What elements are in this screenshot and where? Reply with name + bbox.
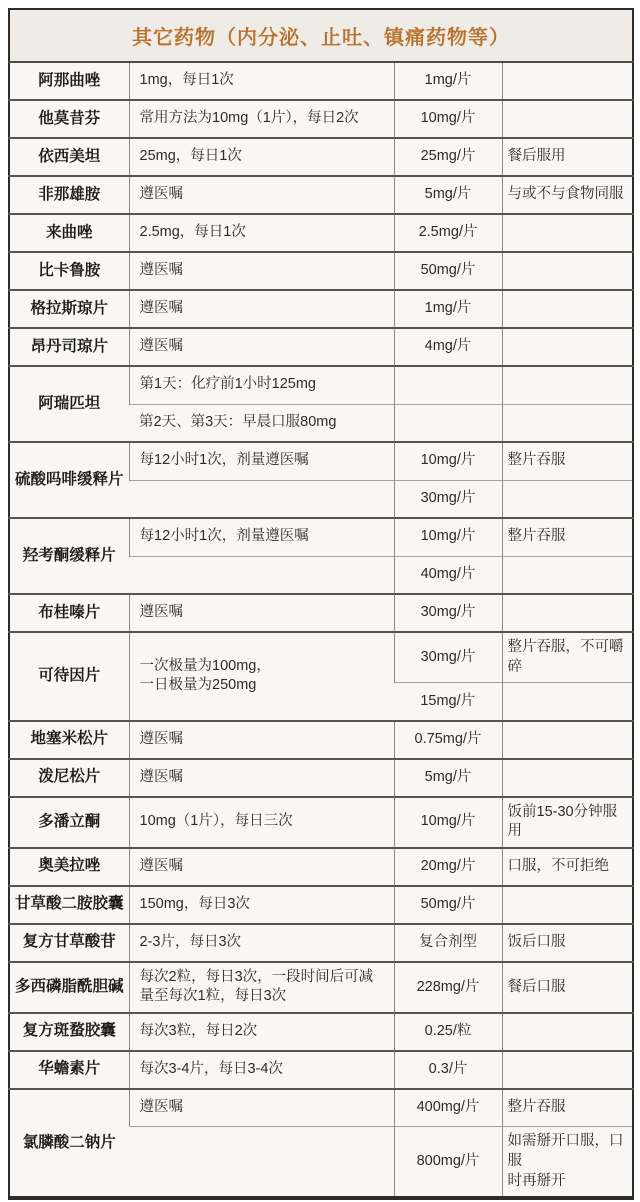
note-cell [502,721,633,759]
note-cell [502,759,633,797]
usage-cell: 10mg（1片），每日三次 [129,797,394,848]
spec-cell: 5mg/片 [394,759,502,797]
table-row: 可待因片一次极量为100mg， 一日极量为250mg30mg/片整片吞服，不可嚼… [9,632,633,683]
spec-cell: 10mg/片 [394,797,502,848]
drug-name-cell: 泼尼松片 [9,759,129,797]
spec-cell: 15mg/片 [394,683,502,721]
table-row: 奥美拉唑遵医嘱20mg/片口服，不可拒绝 [9,848,633,886]
usage-cell: 每12小时1次，剂量遵医嘱 [129,442,394,480]
spec-cell: 40mg/片 [394,556,502,594]
table-row: 羟考酮缓释片每12小时1次，剂量遵医嘱10mg/片整片吞服 [9,518,633,556]
note-cell [502,1051,633,1089]
usage-cell [129,480,394,518]
usage-cell: 每次3粒，每日2次 [129,1013,394,1051]
note-cell [502,683,633,721]
note-cell [502,328,633,366]
drug-name-cell: 阿瑞匹坦 [9,366,129,442]
table-row: 比卡鲁胺遵医嘱50mg/片 [9,252,633,290]
page: 其它药物（内分泌、止吐、镇痛药物等） 阿那曲唑1mg，每日1次1mg/片他莫昔芬… [0,0,640,1202]
usage-cell: 遵医嘱 [129,1089,394,1127]
table-row: 他莫昔芬常用方法为10mg（1片），每日2次10mg/片 [9,100,633,138]
drug-table: 其它药物（内分泌、止吐、镇痛药物等） 阿那曲唑1mg，每日1次1mg/片他莫昔芬… [8,8,634,1200]
usage-cell: 每12小时1次，剂量遵医嘱 [129,518,394,556]
usage-cell: 第2天、第3天：早晨口服80mg [129,404,394,442]
drug-name-cell: 氯膦酸二钠片 [9,1089,129,1198]
drug-name-cell: 复方甘草酸苷 [9,924,129,962]
spec-cell: 1mg/片 [394,62,502,100]
usage-cell: 常用方法为10mg（1片），每日2次 [129,100,394,138]
table-row: 阿瑞匹坦第1天：化疗前1小时125mg [9,366,633,404]
spec-cell: 10mg/片 [394,518,502,556]
note-cell [502,594,633,632]
note-cell: 如需掰开口服，口服 时再掰开 [502,1127,633,1198]
note-cell: 整片吞服，不可嚼碎 [502,632,633,683]
usage-cell: 一次极量为100mg， 一日极量为250mg [129,632,394,721]
spec-cell: 30mg/片 [394,480,502,518]
usage-cell: 每次3-4片，每日3-4次 [129,1051,394,1089]
spec-cell: 0.25/粒 [394,1013,502,1051]
table-row: 非那雄胺遵医嘱5mg/片与或不与食物同服 [9,176,633,214]
title-row: 其它药物（内分泌、止吐、镇痛药物等） [9,9,633,62]
drug-name-cell: 多西磷脂酰胆碱 [9,962,129,1013]
spec-cell: 30mg/片 [394,594,502,632]
usage-cell: 150mg，每日3次 [129,886,394,924]
note-cell [502,480,633,518]
drug-name-cell: 比卡鲁胺 [9,252,129,290]
drug-name-cell: 羟考酮缓释片 [9,518,129,594]
note-cell: 餐后服用 [502,138,633,176]
drug-name-cell: 非那雄胺 [9,176,129,214]
drug-name-cell: 复方斑蝥胶囊 [9,1013,129,1051]
table-row: 华蟾素片每次3-4片，每日3-4次0.3/片 [9,1051,633,1089]
spec-cell: 800mg/片 [394,1127,502,1198]
usage-cell: 1mg，每日1次 [129,62,394,100]
spec-cell: 5mg/片 [394,176,502,214]
note-cell [502,252,633,290]
table-row: 布桂嗪片遵医嘱30mg/片 [9,594,633,632]
table-row: 泼尼松片遵医嘱5mg/片 [9,759,633,797]
drug-name-cell: 阿那曲唑 [9,62,129,100]
spec-cell: 1mg/片 [394,290,502,328]
drug-table-body: 阿那曲唑1mg，每日1次1mg/片他莫昔芬常用方法为10mg（1片），每日2次1… [9,62,633,1198]
note-cell: 餐后口服 [502,962,633,1013]
spec-cell: 25mg/片 [394,138,502,176]
drug-name-cell: 来曲唑 [9,214,129,252]
usage-cell: 2-3片，每日3次 [129,924,394,962]
spec-cell: 0.75mg/片 [394,721,502,759]
usage-cell: 遵医嘱 [129,290,394,328]
table-row: 昂丹司琼片遵医嘱4mg/片 [9,328,633,366]
usage-cell [129,1127,394,1198]
drug-name-cell: 可待因片 [9,632,129,721]
spec-cell: 400mg/片 [394,1089,502,1127]
usage-cell: 遵医嘱 [129,848,394,886]
spec-cell [394,404,502,442]
drug-name-cell: 华蟾素片 [9,1051,129,1089]
spec-cell: 50mg/片 [394,886,502,924]
usage-cell: 遵医嘱 [129,328,394,366]
usage-cell: 遵医嘱 [129,594,394,632]
usage-cell: 遵医嘱 [129,759,394,797]
drug-name-cell: 依西美坦 [9,138,129,176]
table-row: 氯膦酸二钠片遵医嘱400mg/片整片吞服 [9,1089,633,1127]
usage-cell [129,556,394,594]
drug-name-cell: 布桂嗪片 [9,594,129,632]
note-cell [502,100,633,138]
note-cell: 饭前15-30分钟服用 [502,797,633,848]
spec-cell: 10mg/片 [394,442,502,480]
note-cell [502,214,633,252]
table-row: 复方斑蝥胶囊每次3粒，每日2次0.25/粒 [9,1013,633,1051]
drug-name-cell: 昂丹司琼片 [9,328,129,366]
spec-cell: 20mg/片 [394,848,502,886]
drug-name-cell: 硫酸吗啡缓释片 [9,442,129,518]
table-row: 硫酸吗啡缓释片每12小时1次，剂量遵医嘱10mg/片整片吞服 [9,442,633,480]
table-row: 依西美坦25mg，每日1次25mg/片餐后服用 [9,138,633,176]
spec-cell: 10mg/片 [394,100,502,138]
table-row: 格拉斯琼片遵医嘱1mg/片 [9,290,633,328]
note-cell [502,366,633,404]
usage-cell: 遵医嘱 [129,252,394,290]
spec-cell: 4mg/片 [394,328,502,366]
table-row: 多潘立酮10mg（1片），每日三次10mg/片饭前15-30分钟服用 [9,797,633,848]
table-row: 复方甘草酸苷2-3片，每日3次复合剂型饭后口服 [9,924,633,962]
note-cell: 整片吞服 [502,1089,633,1127]
spec-cell: 0.3/片 [394,1051,502,1089]
note-cell [502,404,633,442]
usage-cell: 遵医嘱 [129,721,394,759]
usage-cell: 每次2粒，每日3次，一段时间后可减量至每次1粒，每日3次 [129,962,394,1013]
note-cell [502,62,633,100]
table-row: 地塞米松片遵医嘱0.75mg/片 [9,721,633,759]
drug-name-cell: 他莫昔芬 [9,100,129,138]
note-cell: 整片吞服 [502,442,633,480]
spec-cell: 50mg/片 [394,252,502,290]
spec-cell: 2.5mg/片 [394,214,502,252]
table-row: 阿那曲唑1mg，每日1次1mg/片 [9,62,633,100]
table-title: 其它药物（内分泌、止吐、镇痛药物等） [9,9,633,62]
drug-name-cell: 地塞米松片 [9,721,129,759]
note-cell: 整片吞服 [502,518,633,556]
note-cell [502,290,633,328]
note-cell [502,886,633,924]
note-cell: 饭后口服 [502,924,633,962]
spec-cell [394,366,502,404]
spec-cell: 228mg/片 [394,962,502,1013]
note-cell [502,556,633,594]
drug-name-cell: 格拉斯琼片 [9,290,129,328]
drug-name-cell: 多潘立酮 [9,797,129,848]
drug-name-cell: 奥美拉唑 [9,848,129,886]
spec-cell: 30mg/片 [394,632,502,683]
note-cell: 口服，不可拒绝 [502,848,633,886]
drug-name-cell: 甘草酸二胺胶囊 [9,886,129,924]
usage-cell: 第1天：化疗前1小时125mg [129,366,394,404]
table-row: 来曲唑2.5mg，每日1次2.5mg/片 [9,214,633,252]
usage-cell: 2.5mg，每日1次 [129,214,394,252]
note-cell [502,1013,633,1051]
table-row: 甘草酸二胺胶囊150mg，每日3次50mg/片 [9,886,633,924]
note-cell: 与或不与食物同服 [502,176,633,214]
usage-cell: 25mg，每日1次 [129,138,394,176]
table-row: 多西磷脂酰胆碱每次2粒，每日3次，一段时间后可减量至每次1粒，每日3次228mg… [9,962,633,1013]
spec-cell: 复合剂型 [394,924,502,962]
usage-cell: 遵医嘱 [129,176,394,214]
